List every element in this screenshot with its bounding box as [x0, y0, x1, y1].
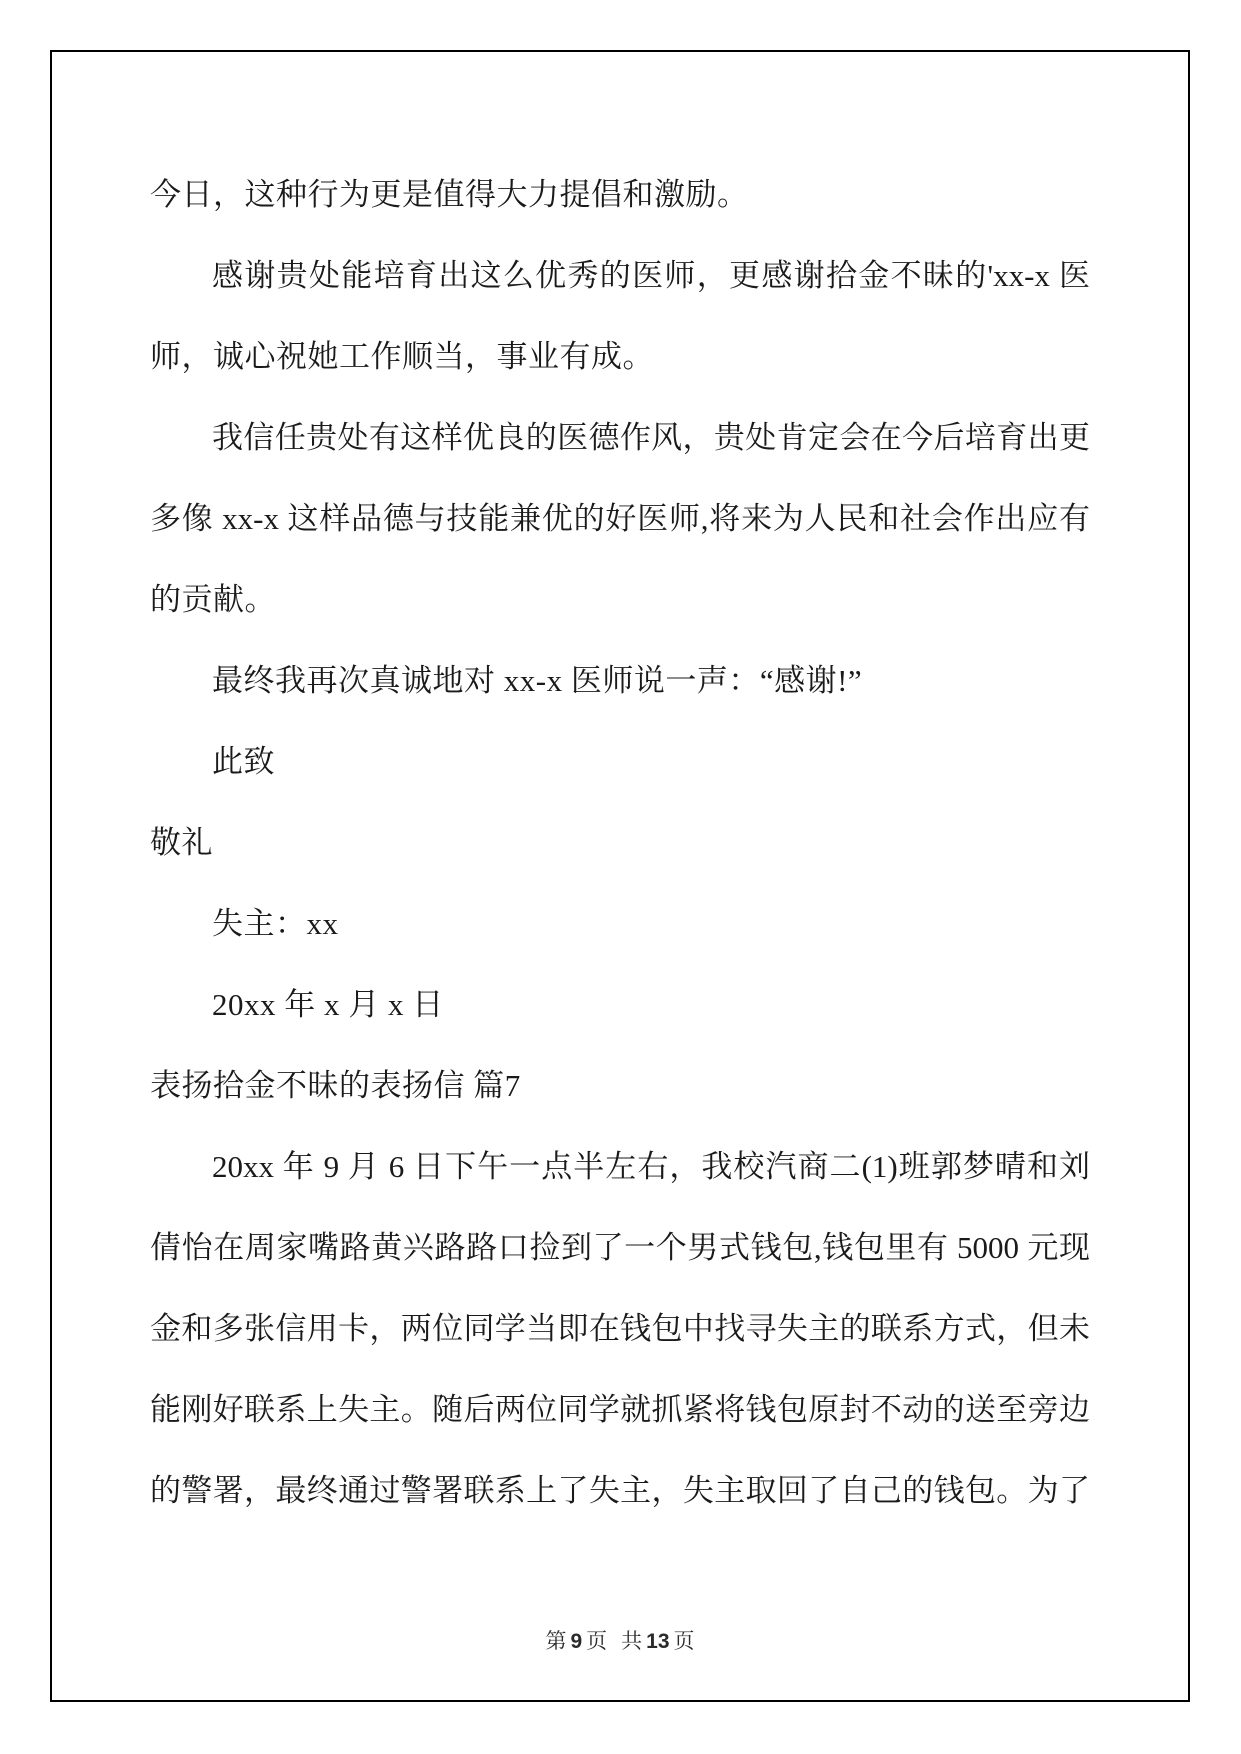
document-page: 今日，这种行为更是值得大力提倡和激励。感谢贵处能培育出这么优秀的医师，更感谢拾金… — [0, 0, 1241, 1754]
footer-current-page-number: 9 — [570, 1630, 582, 1653]
text-line: 表扬拾金不昧的表扬信 篇7 — [150, 1045, 1090, 1126]
document-body: 今日，这种行为更是值得大力提倡和激励。感谢贵处能培育出这么优秀的医师，更感谢拾金… — [150, 154, 1090, 1531]
text-line: 的贡献。 — [150, 559, 1090, 640]
text-line: 我信任贵处有这样优良的医德作风，贵处肯定会在今后培育出更 — [150, 397, 1090, 478]
text-line: 20xx 年 9 月 6 日下午一点半左右，我校汽商二(1)班郭梦晴和刘 — [150, 1126, 1090, 1207]
text-line: 感谢贵处能培育出这么优秀的医师，更感谢拾金不昧的'xx-x 医 — [150, 235, 1090, 316]
text-line: 最终我再次真诚地对 xx-x 医师说一声：“感谢!” — [150, 640, 1090, 721]
text-line: 的警署，最终通过警署联系上了失主，失主取回了自己的钱包。为了 — [150, 1450, 1090, 1531]
text-line: 失主：xx — [150, 883, 1090, 964]
text-line: 倩怡在周家嘴路黄兴路路口捡到了一个男式钱包,钱包里有 5000 元现 — [150, 1207, 1090, 1288]
text-line: 师，诚心祝她工作顺当，事业有成。 — [150, 316, 1090, 397]
text-line: 敬礼 — [150, 802, 1090, 883]
text-line: 金和多张信用卡，两位同学当即在钱包中找寻失主的联系方式，但未 — [150, 1288, 1090, 1369]
text-line: 今日，这种行为更是值得大力提倡和激励。 — [150, 154, 1090, 235]
text-line: 此致 — [150, 721, 1090, 802]
page-footer: 第9页共13页 — [50, 1628, 1190, 1655]
footer-page-prefix: 第 — [545, 1629, 566, 1653]
text-line: 能刚好联系上失主。随后两位同学就抓紧将钱包原封不动的送至旁边 — [150, 1369, 1090, 1450]
footer-total-pages-number: 13 — [646, 1630, 669, 1653]
footer-total-prefix: 共 — [621, 1629, 642, 1653]
footer-page-suffix: 页 — [586, 1629, 607, 1653]
text-line: 多像 xx-x 这样品德与技能兼优的好医师,将来为人民和社会作出应有 — [150, 478, 1090, 559]
text-line: 20xx 年 x 月 x 日 — [150, 964, 1090, 1045]
footer-total-suffix: 页 — [674, 1629, 695, 1653]
